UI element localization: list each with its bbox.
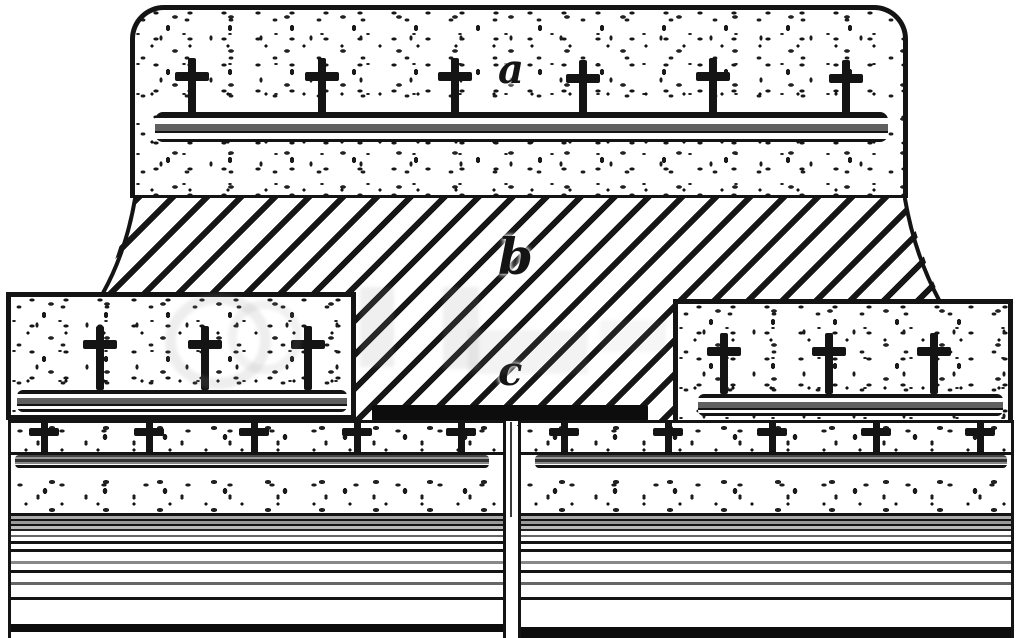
type-rail-lower-right [535,455,1007,468]
small-cross-icon [862,423,890,455]
label-a: a [498,50,524,90]
cross-icon [568,60,598,116]
cross-icon [814,333,844,394]
type-rail-right [698,394,1003,416]
cross-icon [709,333,739,394]
small-cross-icon [30,423,58,455]
small-cross-icon [550,423,578,455]
type-rail-left [17,390,347,412]
cross-icon [831,60,861,116]
small-cross-icon [240,423,268,455]
cross-icon [190,326,220,390]
left-type-panel [6,292,356,420]
cross-icon [293,326,323,390]
lower-left-assembly [8,420,506,638]
type-rail-lower-left [15,455,489,468]
separator-bar-c [372,405,648,421]
cross-icon [85,326,115,390]
cross-icon [698,58,728,116]
engraving-canvas: a b c [0,0,1024,638]
center-split-line [510,422,512,517]
small-cross-icon [654,423,682,455]
small-cross-icon [135,423,163,455]
cross-icon [919,333,949,394]
lower-right-assembly [518,420,1014,638]
small-cross-icon [966,423,994,455]
cross-icon [177,58,207,116]
small-cross-icon [343,423,371,455]
small-cross-icon [758,423,786,455]
cross-icon [307,58,337,116]
right-type-panel [673,299,1013,425]
stipple-band [521,477,1011,513]
small-cross-icon [447,423,475,455]
label-b: b [498,232,533,282]
stipple-band [11,477,503,513]
type-rail-top [155,112,888,142]
cross-icon [440,58,470,116]
upper-form-block [130,5,908,198]
label-c: c [498,352,522,392]
